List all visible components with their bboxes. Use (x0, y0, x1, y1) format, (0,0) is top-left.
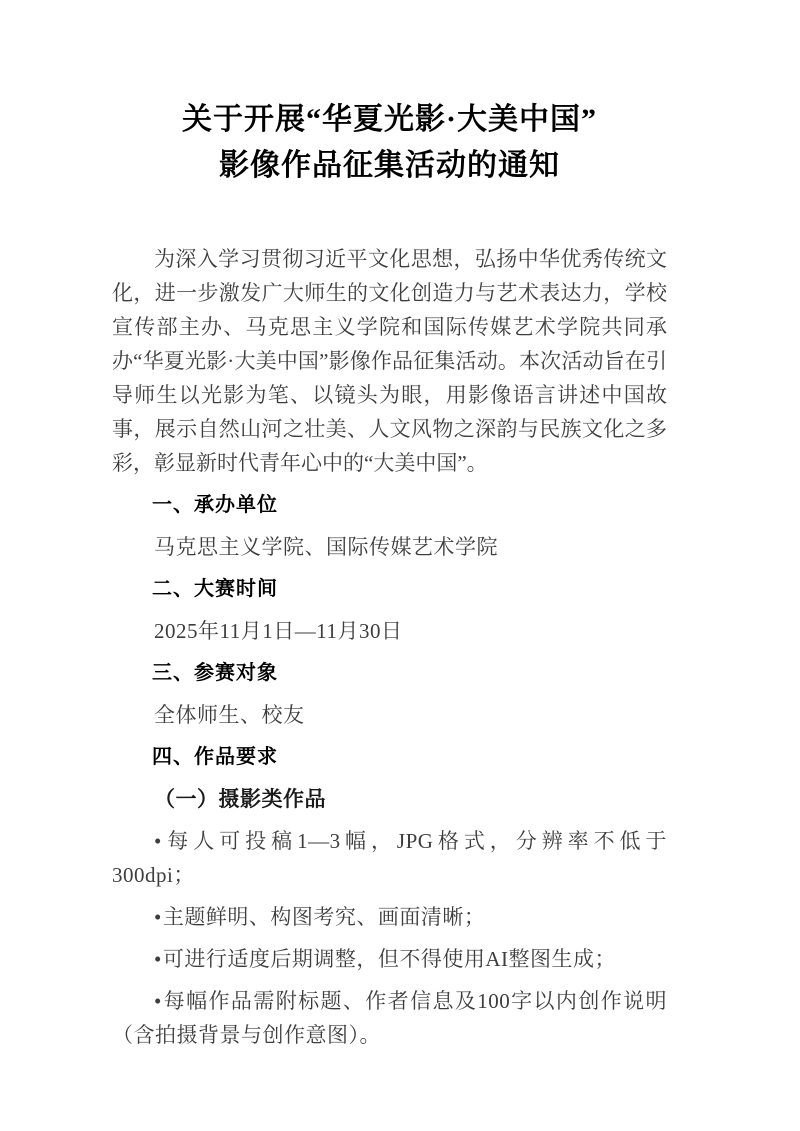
bullet-item-editing-rules: •可进行适度后期调整，但不得使用AI整图生成； (112, 942, 667, 976)
bullet-text: 主题鲜明、构图考究、画面清晰； (163, 905, 486, 929)
document-page: 关于开展“华夏光影·大美中国” 影像作品征集活动的通知 为深入学习贯彻习近平文化… (0, 0, 800, 1131)
section-body-participants: 全体师生、校友 (112, 698, 667, 732)
bullet-icon: • (154, 989, 162, 1013)
section-body-contest-time: 2025年11月1日—11月30日 (112, 614, 667, 648)
bullet-icon: • (154, 829, 162, 853)
bullet-text: 可进行适度后期调整，但不得使用AI整图生成； (163, 947, 616, 971)
bullet-item-submission-limit: •每人可投稿1—3幅，JPG格式，分辨率不低于300dpi； (112, 824, 667, 892)
section-heading-work-requirements: 四、作品要求 (112, 740, 667, 774)
section-heading-contest-time: 二、大赛时间 (112, 572, 667, 606)
bullet-item-theme-quality: •主题鲜明、构图考究、画面清晰； (112, 900, 667, 934)
bullet-icon: • (154, 947, 162, 971)
section-heading-participants: 三、参赛对象 (112, 656, 667, 690)
bullet-text: 每人可投稿1—3幅，JPG格式，分辨率不低于300dpi； (112, 829, 667, 887)
subsection-heading-photography: （一）摄影类作品 (112, 782, 667, 816)
bullet-item-caption-info: •每幅作品需附标题、作者信息及100字以内创作说明（含拍摄背景与创作意图）。 (112, 984, 667, 1052)
document-title-line1: 关于开展“华夏光影·大美中国” (112, 97, 667, 143)
bullet-text: 每幅作品需附标题、作者信息及100字以内创作说明（含拍摄背景与创作意图）。 (112, 989, 667, 1047)
section-body-organizers: 马克思主义学院、国际传媒艺术学院 (112, 530, 667, 564)
document-title: 关于开展“华夏光影·大美中国” 影像作品征集活动的通知 (112, 97, 667, 189)
intro-paragraph: 为深入学习贯彻习近平文化思想，弘扬中华优秀传统文化，进一步激发广大师生的文化创造… (112, 242, 667, 480)
section-heading-organizers: 一、承办单位 (112, 488, 667, 522)
document-title-line2: 影像作品征集活动的通知 (112, 143, 667, 189)
bullet-icon: • (154, 905, 162, 929)
